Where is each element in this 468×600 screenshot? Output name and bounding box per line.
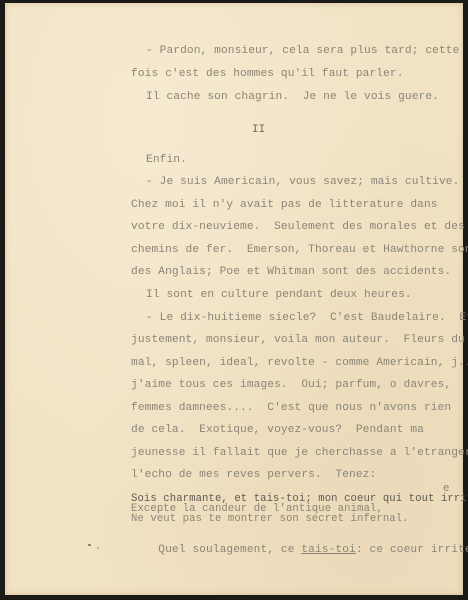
section-heading: II	[252, 124, 265, 136]
line-12: justement, monsieur, voila mon auteur. F…	[131, 333, 465, 347]
closing-line-underlined: tais-toi	[301, 544, 356, 556]
line-11: - Le dix-huitieme siecle? C'est Baudelai…	[146, 311, 468, 325]
closing-line-after: : ce coeur irrite!	[356, 544, 468, 556]
line-18: l'echo de mes reves pervers. Tenez:	[131, 468, 376, 482]
closing-line: Quel soulagement, ce tais-toi: ce coeur …	[131, 529, 468, 571]
line-15: femmes damnees.... C'est que nous n'avon…	[131, 401, 451, 415]
line-10: Il sont en culture pendant deux heures.	[146, 288, 412, 302]
line-3: Il cache son chagrin. Je ne le vois guer…	[146, 90, 439, 104]
line-2: fois c'est des hommes qu'il faut parler.	[131, 67, 404, 81]
ink-speck	[88, 544, 91, 546]
line-17: jeunesse il fallait que je cherchasse a …	[131, 446, 468, 460]
line-14: j'aime tous ces images. Oui; parfum, o d…	[131, 378, 451, 392]
closing-line-before: Quel soulagement, ce	[158, 544, 301, 556]
line-4: Enfin.	[146, 153, 187, 167]
line-6: Chez moi il n'y avait pas de litterature…	[131, 198, 438, 212]
line-8: chemins de fer. Emerson, Thoreau et Hawt…	[131, 243, 468, 257]
line-5: - Je suis Americain, vous savez; mais cu…	[146, 175, 459, 189]
line-1: - Pardon, monsieur, cela sera plus tard;…	[146, 44, 459, 58]
line-9: des Anglais; Poe et Whitman sont des acc…	[131, 265, 451, 279]
line-13: mal, spleen, ideal, revolte - comme Amer…	[131, 356, 468, 370]
typewritten-page: - Pardon, monsieur, cela sera plus tard;…	[5, 3, 463, 595]
verse-line-3: Ne veut pas te montrer son secret infern…	[131, 514, 409, 524]
line-7: votre dix-neuvieme. Seulement des morale…	[131, 220, 465, 234]
ink-speck	[97, 547, 99, 549]
line-16: de cela. Exotique, voyez-vous? Pendant m…	[131, 423, 424, 437]
